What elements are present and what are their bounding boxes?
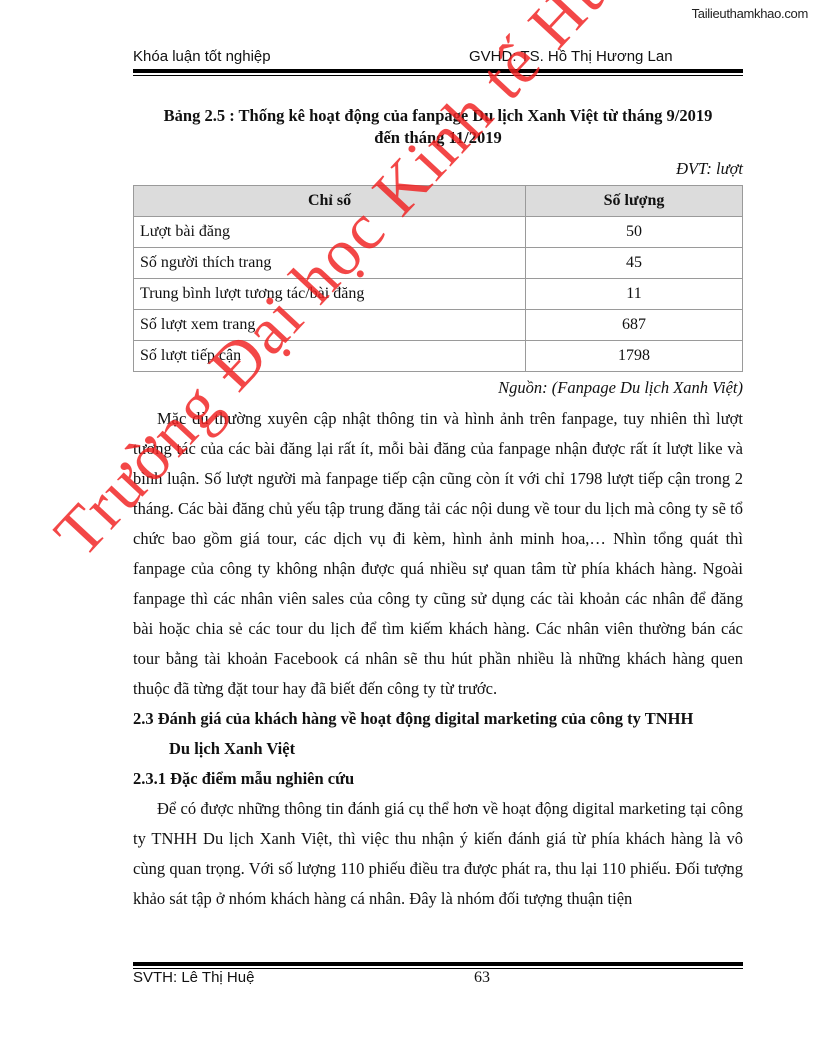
table-unit: ĐVT: lượt (133, 155, 743, 183)
table-row: Số lượt xem trang 687 (134, 310, 743, 341)
section-heading-line2: Du lịch Xanh Việt (133, 734, 743, 764)
row-value: 50 (526, 217, 743, 248)
row-metric: Số người thích trang (134, 248, 526, 279)
table-caption: Bảng 2.5 : Thống kê hoạt động của fanpag… (133, 105, 743, 149)
fanpage-stats-table: Chỉ số Số lượng Lượt bài đăng 50 Số ngườ… (133, 185, 743, 372)
table-caption-line1: Bảng 2.5 : Thống kê hoạt động của fanpag… (133, 105, 743, 127)
column-header-metric: Chỉ số (134, 186, 526, 217)
footer-rule-thick (133, 962, 743, 966)
table-source: Nguồn: (Fanpage Du lịch Xanh Việt) (133, 372, 743, 404)
row-value: 11 (526, 279, 743, 310)
section-heading-line1: 2.3 Đánh giá của khách hàng về hoạt động… (133, 709, 693, 728)
column-header-value: Số lượng (526, 186, 743, 217)
page-number: 63 (474, 969, 490, 987)
table-row: Số người thích trang 45 (134, 248, 743, 279)
header-rule-thin (133, 75, 743, 76)
table-row: Lượt bài đăng 50 (134, 217, 743, 248)
body-paragraph-1: Mặc dù thường xuyên cập nhật thông tin v… (133, 404, 743, 704)
page-content: Bảng 2.5 : Thống kê hoạt động của fanpag… (133, 105, 743, 914)
row-metric: Trung bình lượt tương tác/bài đăng (134, 279, 526, 310)
header-thesis-title: Khóa luận tốt nghiệp (133, 48, 271, 65)
footer-author: SVTH: Lê Thị Huệ (133, 969, 254, 986)
body-paragraph-2: Để có được những thông tin đánh giá cụ t… (133, 794, 743, 914)
header-rule-thick (133, 69, 743, 73)
row-metric: Số lượt xem trang (134, 310, 526, 341)
table-row: Trung bình lượt tương tác/bài đăng 11 (134, 279, 743, 310)
subsection-heading: 2.3.1 Đặc điểm mẫu nghiên cứu (133, 764, 743, 794)
row-value: 45 (526, 248, 743, 279)
site-watermark-label: Tailieuthamkhao.com (692, 6, 808, 21)
table-header-row: Chỉ số Số lượng (134, 186, 743, 217)
header-supervisor: GVHD: TS. Hồ Thị Hương Lan (469, 48, 673, 65)
row-value: 1798 (526, 341, 743, 372)
table-caption-line2: đến tháng 11/2019 (133, 127, 743, 149)
table-row: Số lượt tiếp cận 1798 (134, 341, 743, 372)
section-heading: 2.3 Đánh giá của khách hàng về hoạt động… (133, 704, 743, 764)
row-value: 687 (526, 310, 743, 341)
row-metric: Số lượt tiếp cận (134, 341, 526, 372)
row-metric: Lượt bài đăng (134, 217, 526, 248)
